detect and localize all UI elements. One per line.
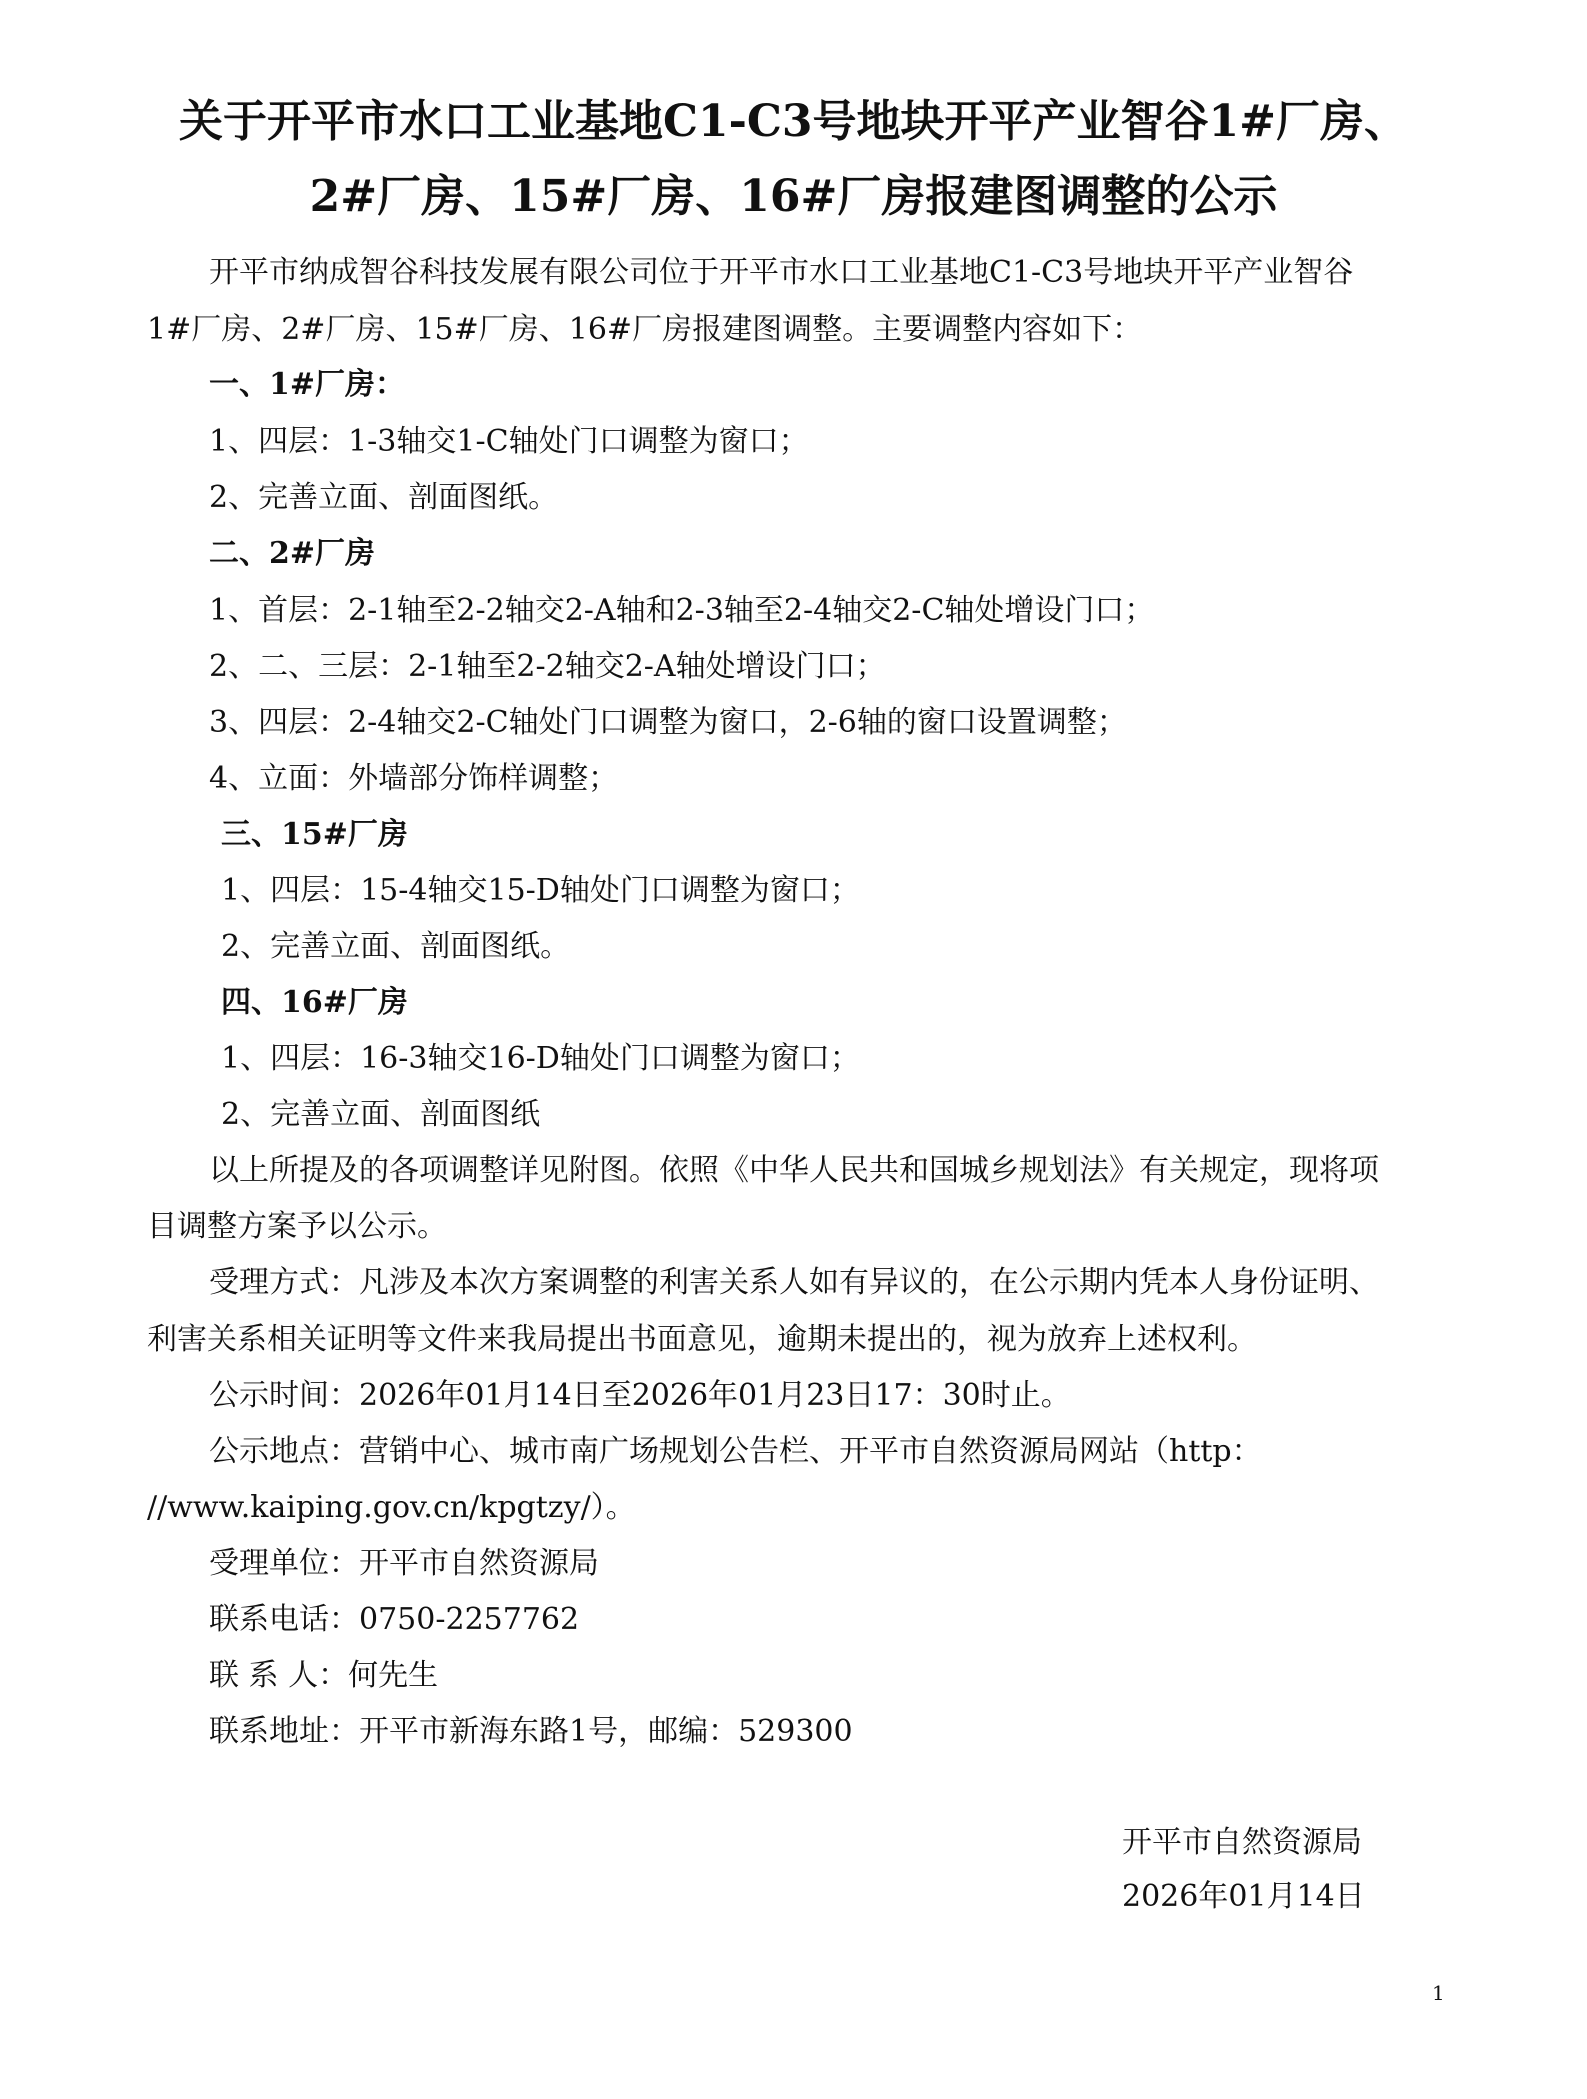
document-page: 关于开平市水口工业基地C1-C3号地块开平产业智谷1#厂房、 2#厂房、15#厂… [0, 0, 1587, 2099]
acceptance-method-line-2: 利害关系相关证明等文件来我局提出书面意见，逾期未提出的，视为放弃上述权利。 [147, 1322, 1257, 1358]
section-2-item-2: 2、二、三层：2-1轴至2-2轴交2-A轴处增设门口； [209, 649, 886, 685]
section-heading-3: 三、15#厂房 [221, 817, 408, 853]
publicity-location-line-1: 公示地点：营销中心、城市南广场规划公告栏、开平市自然资源局网站（http： [209, 1434, 1262, 1470]
document-title-line-2: 2#厂房、15#厂房、16#厂房报建图调整的公示 [0, 171, 1587, 223]
contact-phone: 联系电话：0750-2257762 [209, 1602, 579, 1638]
intro-paragraph-line-2: 1#厂房、2#厂房、15#厂房、16#厂房报建图调整。主要调整内容如下： [147, 312, 1142, 348]
section-heading-2: 二、2#厂房 [209, 536, 375, 572]
section-2-item-1: 1、首层：2-1轴至2-2轴交2-A轴和2-3轴至2-4轴交2-C轴处增设门口； [209, 593, 1154, 629]
page-number: 1 [1432, 1981, 1445, 2005]
publicity-location-line-2: //www.kaiping.gov.cn/kpgtzy/）。 [147, 1490, 636, 1526]
section-1-item-2: 2、完善立面、剖面图纸。 [209, 480, 558, 516]
section-2-item-4: 4、立面：外墙部分饰样调整； [209, 761, 618, 797]
acceptance-method-line-1: 受理方式：凡涉及本次方案调整的利害关系人如有异议的，在公示期内凭本人身份证明、 [209, 1265, 1379, 1301]
document-title-line-1: 关于开平市水口工业基地C1-C3号地块开平产业智谷1#厂房、 [0, 96, 1587, 148]
legal-basis-line-2: 目调整方案予以公示。 [147, 1209, 447, 1245]
accepting-unit: 受理单位：开平市自然资源局 [209, 1546, 599, 1582]
section-heading-4: 四、16#厂房 [221, 985, 408, 1021]
legal-basis-line-1: 以上所提及的各项调整详见附图。依照《中华人民共和国城乡规划法》有关规定，现将项 [209, 1153, 1379, 1189]
contact-address: 联系地址：开平市新海东路1号，邮编：529300 [209, 1714, 853, 1750]
contact-person: 联 系 人：何先生 [209, 1658, 438, 1694]
section-4-item-1: 1、四层：16-3轴交16-D轴处门口调整为窗口； [221, 1041, 860, 1077]
section-1-item-1: 1、四层：1-3轴交1-C轴处门口调整为窗口； [209, 424, 809, 460]
publicity-time: 公示时间：2026年01月14日至2026年01月23日17：30时止。 [209, 1378, 1071, 1414]
section-2-item-3: 3、四层：2-4轴交2-C轴处门口调整为窗口，2-6轴的窗口设置调整； [209, 705, 1127, 741]
intro-paragraph-line-1: 开平市纳成智谷科技发展有限公司位于开平市水口工业基地C1-C3号地块开平产业智谷 [209, 255, 1353, 291]
signature-issuer: 开平市自然资源局 [1122, 1825, 1362, 1861]
section-4-item-2: 2、完善立面、剖面图纸 [221, 1097, 540, 1133]
signature-date: 2026年01月14日 [1122, 1879, 1365, 1915]
section-heading-1: 一、1#厂房： [209, 367, 405, 403]
section-3-item-2: 2、完善立面、剖面图纸。 [221, 929, 570, 965]
section-3-item-1: 1、四层：15-4轴交15-D轴处门口调整为窗口； [221, 873, 860, 909]
